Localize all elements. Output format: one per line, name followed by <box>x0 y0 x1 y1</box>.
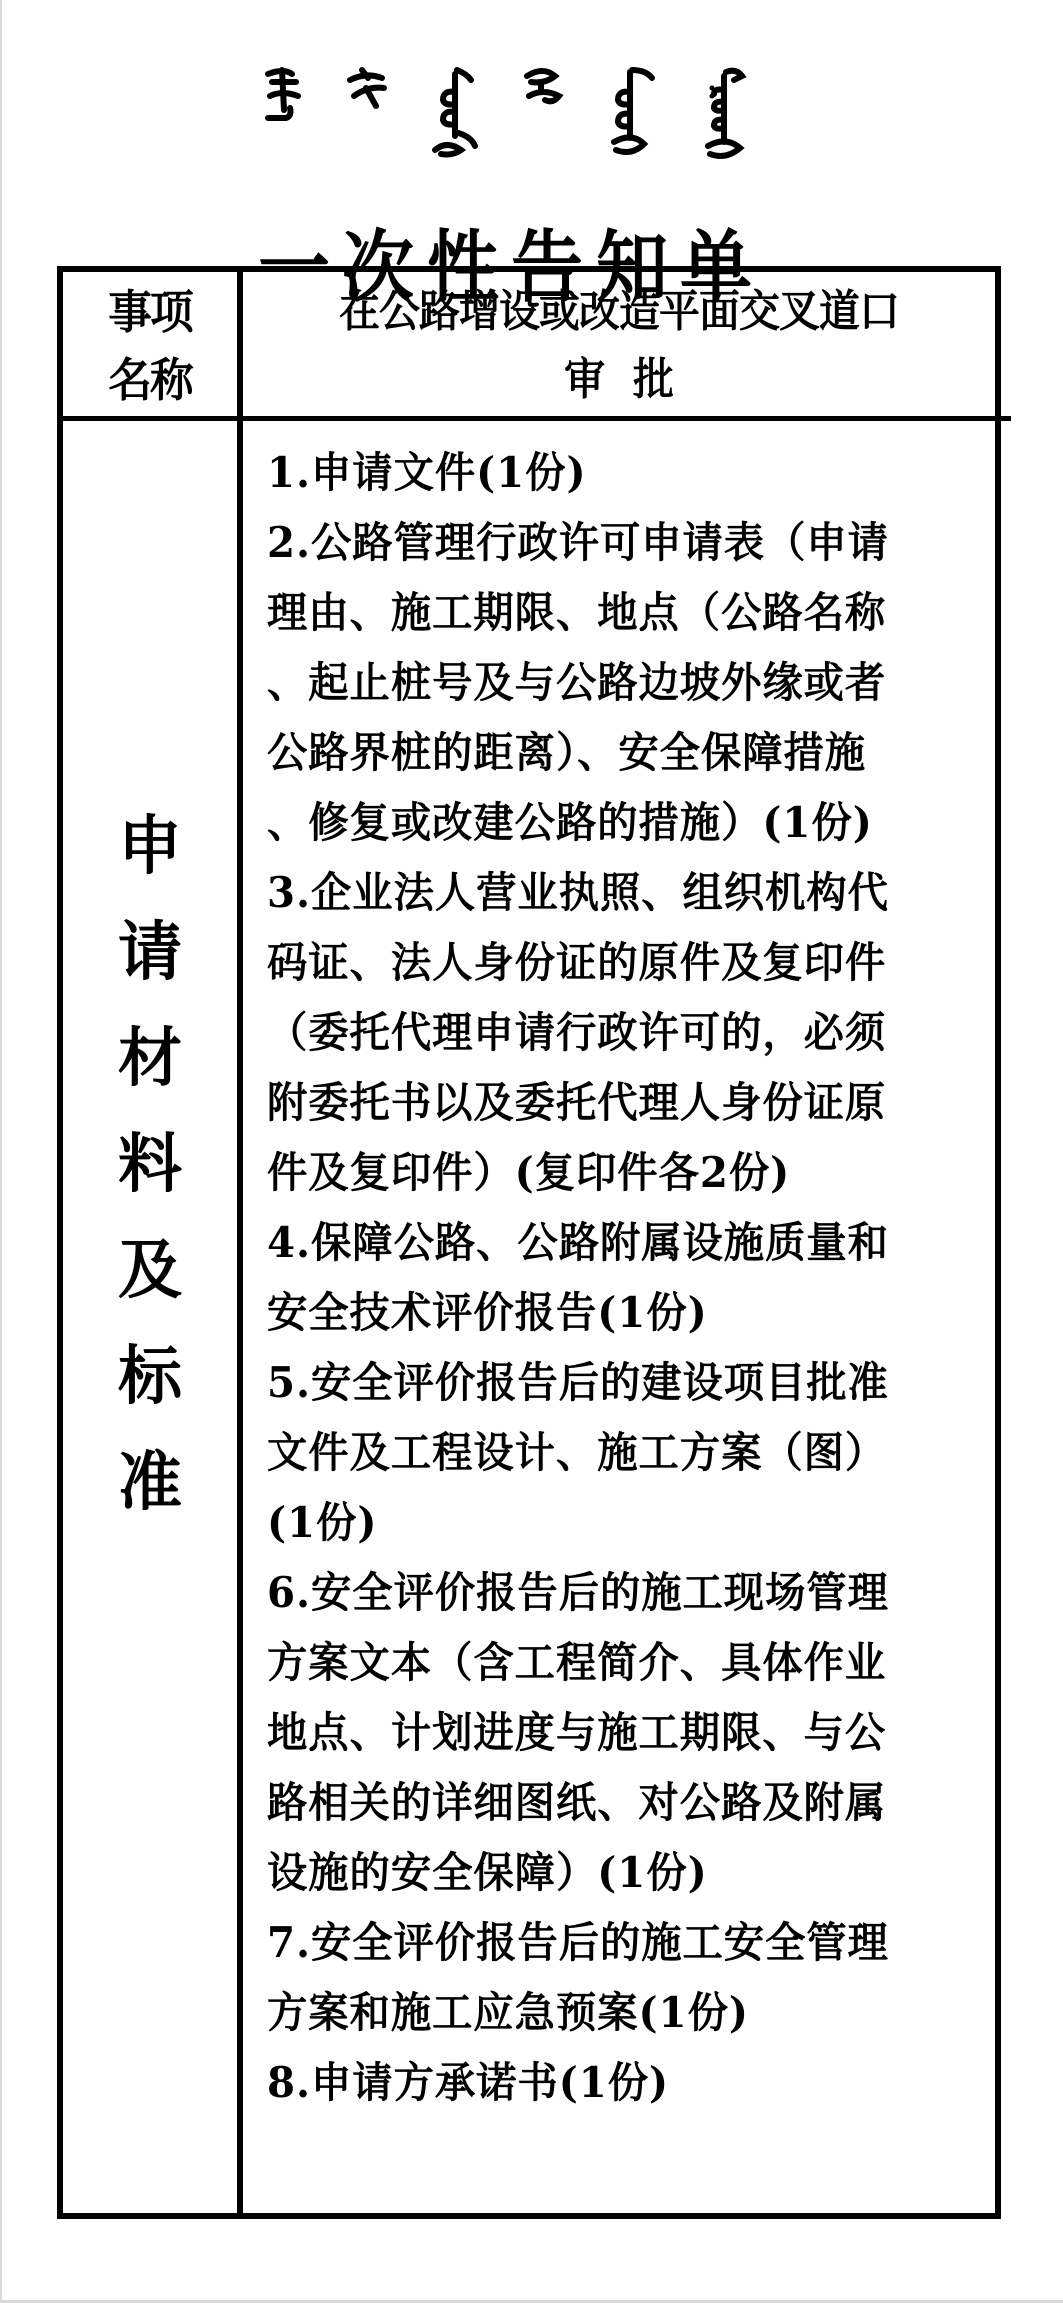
materials-line: 方案和施工应急预案(1份) <box>267 1978 972 2048</box>
item-name-value-line: 在公路增设或改造平面交叉道口 <box>339 278 899 346</box>
materials-list: 1.申请文件(1份) 2.公路管理行政许可申请表（申请 理由、施工期限、地点（公… <box>267 438 1001 2118</box>
materials-line: 4.保障公路、公路附属设施质量和 <box>267 1208 972 1278</box>
materials-line: 理由、施工期限、地点（公路名称 <box>267 578 972 648</box>
materials-line: 8.申请方承诺书(1份) <box>267 2048 972 2118</box>
materials-line: 设施的安全保障）(1份) <box>267 1838 972 1908</box>
page-edge-left <box>0 0 2 2303</box>
materials-line: 6.安全评价报告后的施工现场管理 <box>267 1558 972 1628</box>
materials-line: 2.公路管理行政许可申请表（申请 <box>267 508 972 578</box>
materials-line: 方案文本（含工程简介、具体作业 <box>267 1628 972 1698</box>
materials-line: 地点、计划进度与施工期限、与公 <box>267 1698 972 1768</box>
materials-line: 安全技术评价报告(1份) <box>267 1278 972 1348</box>
materials-line: 5.安全评价报告后的建设项目批准 <box>267 1348 972 1418</box>
mongolian-word-1-icon <box>262 66 306 126</box>
materials-line: 件及复印件）(复印件各2份) <box>267 1138 972 1208</box>
materials-label-char: 准 <box>118 1430 182 1536</box>
materials-line: 3.企业法人营业执照、组织机构代 <box>267 858 972 928</box>
mongolian-word-4-icon <box>519 66 567 106</box>
materials-label-char: 材 <box>118 1006 182 1112</box>
materials-line: 7.安全评价报告后的施工安全管理 <box>267 1908 972 1978</box>
materials-line: 码证、法人身份证的原件及复印件 <box>267 928 972 998</box>
materials-line: 、修复或改建公路的措施）(1份) <box>267 788 972 858</box>
mongolian-word-5-icon <box>602 66 660 158</box>
item-name-value-line: 审批 <box>536 346 702 414</box>
materials-line: (1份) <box>267 1488 972 1558</box>
materials-label-char: 及 <box>118 1218 182 1324</box>
materials-label-char: 标 <box>118 1324 182 1430</box>
mongolian-word-6-icon <box>696 66 752 162</box>
materials-label-char: 申 <box>118 794 182 900</box>
mongolian-word-2-icon <box>342 66 392 112</box>
item-name-value: 在公路增设或改造平面交叉道口 审批 <box>243 276 995 416</box>
row-divider <box>63 416 1011 421</box>
materials-line: （委托代理申请行政许可的，必须 <box>267 998 972 1068</box>
materials-line: 、起止桩号及与公路边坡外缘或者 <box>267 648 972 718</box>
item-name-label-line: 名称 <box>108 346 192 414</box>
materials-label-char: 料 <box>118 1112 182 1218</box>
materials-line: 路相关的详细图纸、对公路及附属 <box>267 1768 972 1838</box>
materials-line: 公路界桩的距离）、安全保障措施 <box>267 718 972 788</box>
materials-label: 申 请 材 料 及 标 准 <box>63 794 237 1536</box>
materials-line: 文件及工程设计、施工方案（图） <box>267 1418 972 1488</box>
mongolian-title <box>262 66 752 158</box>
item-name-label: 事项 名称 <box>63 276 237 416</box>
materials-line: 1.申请文件(1份) <box>267 438 972 508</box>
materials-line: 附委托书以及委托代理人身份证原 <box>267 1068 972 1138</box>
mongolian-word-3-icon <box>427 66 483 158</box>
notice-table: 事项 名称 在公路增设或改造平面交叉道口 审批 申 请 材 料 及 标 准 1.… <box>57 266 1001 2219</box>
item-name-label-line: 事项 <box>108 278 192 346</box>
materials-label-char: 请 <box>118 900 182 1006</box>
column-divider <box>237 272 243 2213</box>
